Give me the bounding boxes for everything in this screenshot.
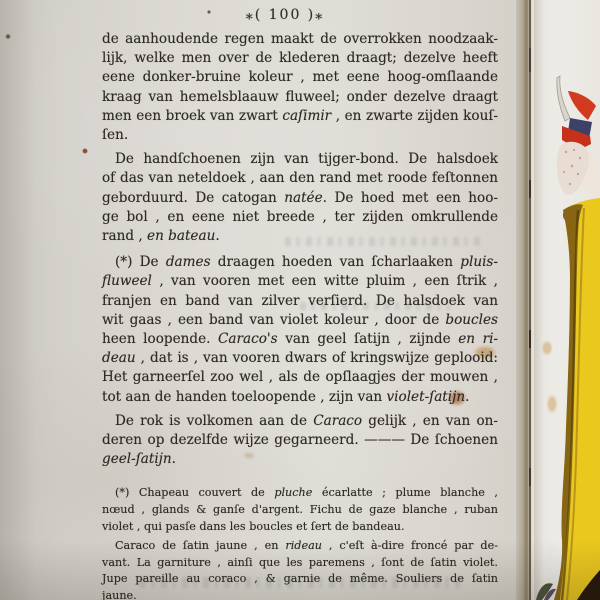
text-line: heen loopende. Caraco's van geel ſatijn … [102,330,498,349]
italic-text: pluche [274,486,312,499]
text: , en zwarte zijden kouſ- [331,108,498,124]
text-line: nœud , glands & ganſe d'argent. Fichu de… [102,502,498,519]
text-line: De handſchoenen zijn van tijger-bond. De… [102,150,498,169]
text-line: fluweel , van vooren met een witte pluim… [102,272,498,291]
text-line: violet , qui pasſe dans les boucles et ſ… [102,519,498,536]
text: lijk, welke men over de klederen draagt;… [102,50,498,66]
text: eene donker-bruine koleur , met eene hoo… [102,69,498,85]
paragraph: (*) Chapeau couvert de pluche écarlatte … [102,485,498,535]
text: . [172,451,176,467]
italic-text: boucles [445,312,498,328]
text-line: geel-ſatijn. [102,450,498,469]
text: draagen hoeden van ſcharlaaken [211,254,461,270]
white-plume [557,76,570,121]
italic-text: violet-ſatijn [387,389,466,405]
paragraph: De handſchoenen zijn van tijger-bond. De… [102,150,498,246]
text: wit gaas , een band van violet koleur , … [102,312,445,328]
text-line: De rok is volkomen aan de Caraco gelijk … [102,412,498,431]
italic-text: fluweel [102,273,152,289]
text-line: rand , en bateau. [102,227,498,246]
italic-text: pluis- [460,254,498,270]
text: ſen. [102,127,128,143]
text: . De hoed met een hoo- [323,190,498,206]
fashion-plate-illustration [534,0,600,600]
text: kraag van hemelsblaauw fluweel; onder de… [102,89,498,105]
paragraph: de aanhoudende regen maakt de overrokken… [102,30,498,145]
text: franjen en band van zilver verſierd. De … [102,293,498,309]
text-line: of das van neteldoek , aan den rand met … [102,169,498,188]
italic-text: geel-ſatijn [102,451,172,467]
text-line: (*) Chapeau couvert de pluche écarlatte … [102,485,498,502]
text-line: deren op dezelfde wijze gegarneerd. ——— … [102,431,498,450]
text-line: Jupe pareille au coraco , & garnie de mê… [102,571,498,588]
text: ge bol , en eene niet breede , ter zijde… [102,209,498,225]
italic-text: Caraco [313,413,362,429]
text: . [465,389,469,405]
italic-text: en bateau [147,228,215,244]
page-number: ⁎( 100 )⁎ [25,7,545,23]
text-line: men een broek van zwart caſimir , en zwa… [102,107,498,126]
text: tot aan de handen toeloopende , zijn van [102,389,387,405]
text-line: Caraco de ſatin jaune , en rideau , c'eſ… [102,538,498,555]
text-line: franjen en band van zilver verſierd. De … [102,292,498,311]
text: heen loopende. [102,331,218,347]
text-line: ſen. [102,126,498,145]
text: Caraco de ſatin jaune , en [115,539,285,552]
text-line: ge bol , en eene niet breede , ter zijde… [102,208,498,227]
text-line: eene donker-bruine koleur , met eene hoo… [102,68,498,87]
text: de aanhoudende regen maakt de overrokken… [102,31,498,47]
italic-text: rideau [285,539,322,552]
text: , van vooren met een witte pluim , een ſ… [152,273,498,289]
text: De handſchoenen zijn van tijger-bond. De… [115,151,498,167]
text: , dat is , van vooren dwars of kringswij… [136,350,498,366]
text-line: kraag van hemelsblaauw fluweel; onder de… [102,88,498,107]
italic-text: natée [284,190,322,206]
text-line: vant. La garniture , ainſi que les parem… [102,555,498,572]
italic-text: caſimir [282,108,331,124]
text: men een broek van zwart [102,108,282,124]
text: van geel ſatijn , zijnde [278,331,459,347]
text: jaune. [102,589,137,600]
italic-text: Caraco's [218,331,278,347]
red-hat-upper [568,91,596,120]
italic-text: deau [102,350,136,366]
text: of das van neteldoek , aan den rand met … [102,170,498,186]
text-line: (*) De dames draagen hoeden van ſcharlaa… [102,253,498,272]
text: vant. La garniture , ainſi que les parem… [102,556,498,569]
text-line: lijk, welke men over de klederen draagt;… [102,49,498,68]
text: (*) Chapeau couvert de [115,486,274,499]
text-line: de aanhoudende regen maakt de overrokken… [102,30,498,49]
text: De rok is volkomen aan de [115,413,313,429]
text: violet , qui pasſe dans les boucles et ſ… [102,520,405,533]
text: geborduurd. De catogan [102,190,284,206]
text: , c'eſt à-dire froncé par de- [322,539,498,552]
text: . [215,228,219,244]
text: Jupe pareille au coraco , & garnie de mê… [102,572,498,585]
text-line: jaune. [102,588,498,600]
text: (*) De [115,254,166,270]
text-line: tot aan de handen toeloopende , zijn van… [102,388,498,407]
text-line: deau , dat is , van vooren dwars of krin… [102,349,498,368]
paragraph: (*) De dames draagen hoeden van ſcharlaa… [102,253,498,407]
text: nœud , glands & ganſe d'argent. Fichu de… [102,503,498,516]
italic-text: dames [166,254,211,270]
book-photo: ⁎( 100 )⁎ de aanhoudende regen maakt de … [0,0,600,600]
text-line: geborduurd. De catogan natée. De hoed me… [102,189,498,208]
text: rand , [102,228,147,244]
text-block: de aanhoudende regen maakt de overrokken… [102,30,498,600]
text-line: Het garneerſel zoo wel , als de opſlaagj… [102,368,498,387]
text: deren op dezelfde wijze gegarneerd. ——— … [102,432,498,448]
paragraph: De rok is volkomen aan de Caraco gelijk … [102,412,498,470]
page-edge-line [529,0,531,600]
paragraph: Caraco de ſatin jaune , en rideau , c'eſ… [102,538,498,600]
text-line: wit gaas , een band van violet koleur , … [102,311,498,330]
text: écarlatte ; plume blanche , [312,486,498,499]
text: Het garneerſel zoo wel , als de opſlaagj… [102,369,498,385]
text: gelijk , en van on- [362,413,498,429]
italic-text: en ri- [458,331,498,347]
page-gutter [516,0,534,600]
